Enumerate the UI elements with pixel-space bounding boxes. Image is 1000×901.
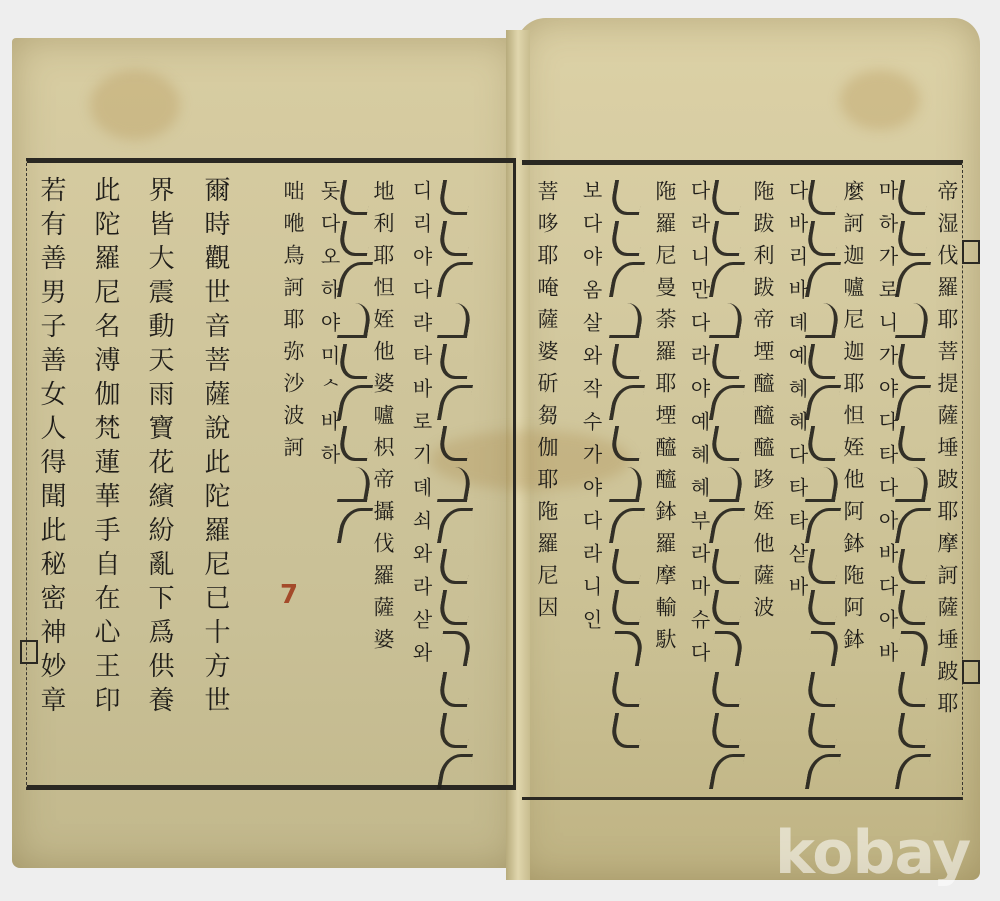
siddham-column (712, 180, 742, 789)
text-column: 此陀羅尼名溥伽梵蓮華手自在心王印 (88, 176, 122, 720)
text-column: 陁跋利跋帝堙醯醯醯跢姪他薩波 (746, 180, 780, 628)
text-column: 菩哆耶唵薩婆斫芻伽耶陁羅尼因 (530, 180, 564, 628)
siddham-column (612, 180, 642, 748)
text-column: 陁羅尼曼荼羅耶堙醯醯鉢羅摩輸馱 (648, 180, 682, 660)
siddham-column (440, 180, 470, 789)
hangul-column: 디리야다랴타바로기뎨쇠와라삳와 (404, 180, 438, 675)
text-column: 麼訶迦嚧尼迦耶怛姪他阿鉢陁阿鉢 (836, 180, 870, 660)
text-column: 帝湿伐羅耶菩提薩埵跛耶摩訶薩埵跛耶 (930, 180, 964, 724)
text-column: 咄咃鳥訶耶弥沙波訶 (276, 180, 310, 468)
water-stain (840, 70, 920, 130)
margin-fish-tail-mark (962, 660, 980, 684)
text-column: 地利耶怛姪他婆嚧枳帝攝伐羅薩婆 (366, 180, 400, 660)
hangul-column: 돗다오하야미ᄉ바하 (312, 180, 346, 477)
hangul-column: 마하가로니가야다타다아바다아바 (870, 180, 904, 675)
margin-fish-tail-mark (962, 240, 980, 264)
hangul-column: 다바리바뎨예혜혜다타타삳바 (780, 180, 814, 609)
text-column: 若有善男子善女人得聞此秘密神妙章 (34, 176, 68, 720)
hangul-column: 다라니만다라야예혜혜부라마슈다 (682, 180, 716, 675)
watermark-logo: kobay (775, 818, 970, 888)
margin-fish-tail-mark (20, 640, 38, 664)
red-ink-mark: 7 (280, 580, 298, 610)
text-column: 界皆大震動天雨寶花繽紛亂下爲供養 (142, 176, 176, 720)
water-stain (90, 70, 180, 140)
text-column: 爾時觀世音菩薩說此陀羅尼已十方世 (198, 176, 232, 720)
hangul-column: 보다야옴살와작수가야다라니인 (574, 180, 608, 642)
